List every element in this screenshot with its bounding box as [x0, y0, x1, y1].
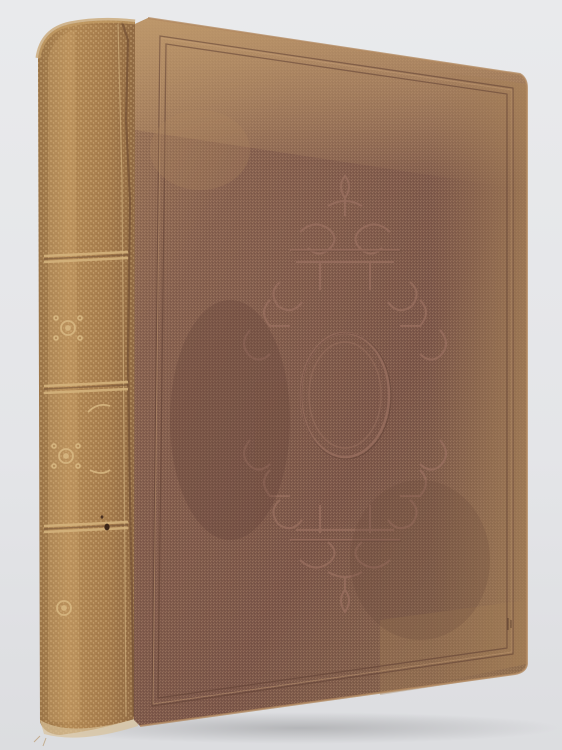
- book-front-cover: [134, 18, 527, 726]
- book-photo: [0, 0, 562, 750]
- worm-hole: [104, 524, 109, 531]
- photo-scene: [0, 0, 562, 750]
- book-spine: [34, 20, 138, 746]
